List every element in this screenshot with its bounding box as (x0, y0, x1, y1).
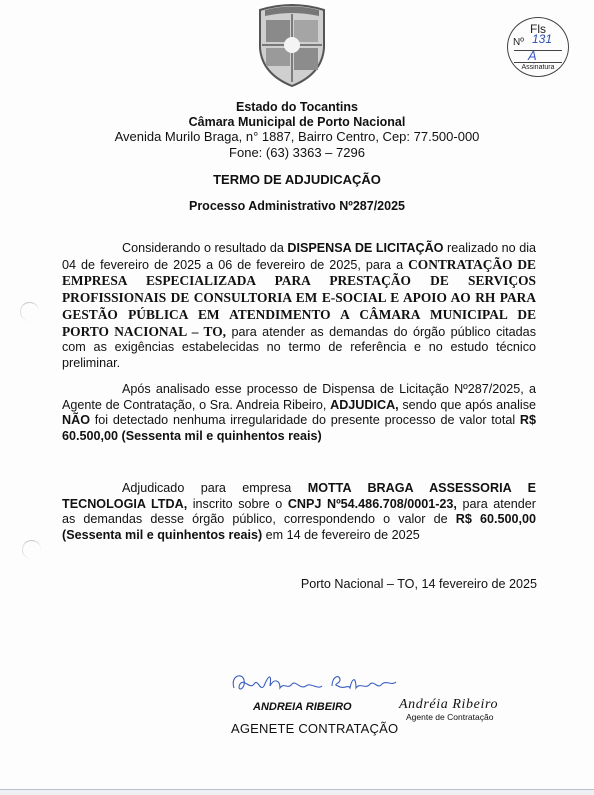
page-number-stamp: Fls Nº 131 A Assinatura (507, 17, 569, 77)
signer-role: AGENETE CONTRATAÇÃO (231, 721, 398, 736)
paragraph-adjudica: Após analisado esse processo de Dispensa… (62, 382, 536, 445)
paragraph-considerando: Considerando o resultado da DISPENSA DE … (62, 241, 536, 372)
signer-stamp-name: Andréia Ribeiro (399, 697, 498, 713)
text: Adjudicado para empresa (122, 481, 308, 495)
header-phone: Fone: (63) 3363 – 7296 (0, 145, 594, 160)
emphasis: ADJUDICA, (330, 398, 399, 412)
text: foi detectado nenhuma irregularidade do … (90, 413, 520, 427)
place-and-date: Porto Nacional – TO, 14 fevereiro de 202… (280, 577, 537, 591)
company-cnpj: CNPJ Nº54.486.708/0001-23, (288, 497, 457, 511)
text: inscrito sobre o (187, 497, 288, 511)
header-state: Estado do Tocantins (0, 100, 594, 114)
header-institution: Câmara Municipal de Porto Nacional (0, 115, 594, 129)
document-title: TERMO DE ADJUDICAÇÃO (0, 172, 594, 187)
municipal-coat-of-arms-icon (252, 2, 332, 88)
document-subtitle: Processo Administrativo Nº287/2025 (0, 199, 594, 213)
stamp-divider (514, 62, 562, 63)
stamp-signature-label: Assinatura (508, 64, 568, 71)
handwritten-signature (228, 668, 403, 698)
text: sendo que após analise (399, 398, 536, 412)
signer-stamp-role: Agente de Contratação (406, 712, 493, 722)
emphasis: NÃO (62, 413, 90, 427)
stamp-initials: A (528, 48, 537, 63)
signer-name: ANDREIA RIBEIRO (253, 701, 352, 713)
punch-hole-mark (20, 302, 39, 321)
stamp-divider (514, 50, 562, 51)
stamp-number-label: Nº (513, 37, 524, 48)
emphasis: DISPENSA DE LICITAÇÃO (287, 241, 443, 255)
stamp-page-number: 131 (532, 32, 552, 46)
punch-hole-mark (22, 540, 41, 559)
viewer-bottom-edge (0, 789, 594, 795)
header-address: Avenida Murilo Braga, n° 1887, Bairro Ce… (0, 129, 594, 144)
text: em 14 de fevereiro de 2025 (262, 528, 420, 542)
document-page: Fls Nº 131 A Assinatura Estado do Tocant… (0, 0, 594, 789)
text: Considerando o resultado da (122, 241, 287, 255)
paragraph-adjudicado: Adjudicado para empresa MOTTA BRAGA ASSE… (62, 481, 536, 544)
